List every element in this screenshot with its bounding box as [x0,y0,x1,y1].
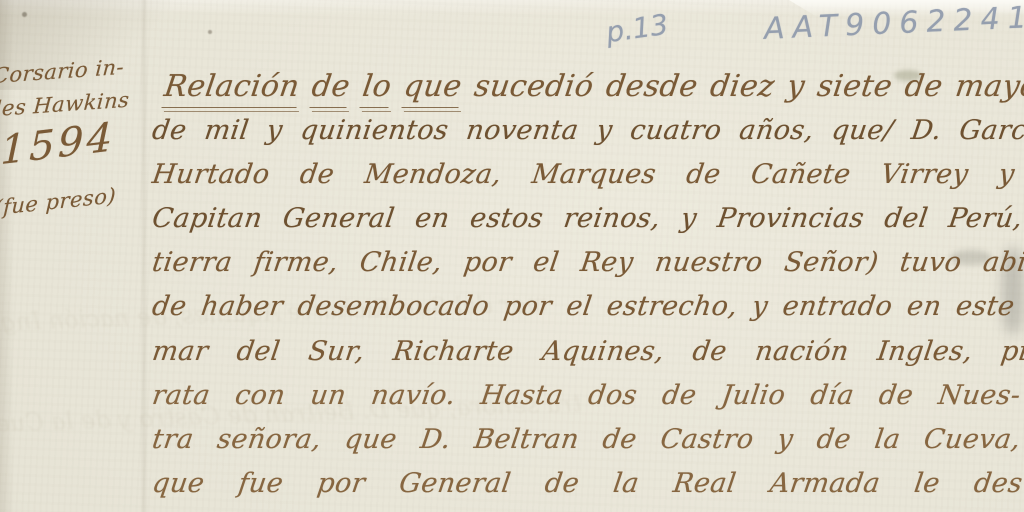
manuscript-scan-page: { "document": { "pencil_annotations": { … [0,0,1024,512]
paper-speck [22,12,27,17]
title-word-underlined: lo [360,69,394,108]
manuscript-line: tierra firme, Chile, por el Rey nuestro … [150,246,1024,280]
manuscript-title-line: Relación de lo que sucedió desde diez y … [162,70,1024,104]
manuscript-line: Capitan General en estos reinos, y Provi… [150,202,1024,236]
title-word-underlined: que [401,69,464,108]
paper-speck [208,30,212,34]
manuscript-line: Hurtado de Mendoza, Marques de Cañete Vi… [150,158,1017,192]
margin-fold-crease [140,0,148,512]
title-word-underlined: Relación [161,69,301,108]
manuscript-line: de mil y quinientos noventa y cuatro año… [150,114,1024,148]
manuscript-line: de haber desembocado por el estrecho, y … [150,290,1017,324]
manuscript-line: tra señora, que D. Beltran de Castro y d… [150,423,1023,457]
manuscript-line: mar del Sur, Richarte Aquines, de nación… [150,335,1024,369]
manuscript-line: rata con un navío. Hasta dos de Julio dí… [150,379,1023,413]
manuscript-line: que fue por General de la Real Armada le… [150,467,1024,501]
title-word-underlined: de [309,69,352,108]
title-line-rest: sucedió desde diez y siete de mayo [472,69,1024,104]
